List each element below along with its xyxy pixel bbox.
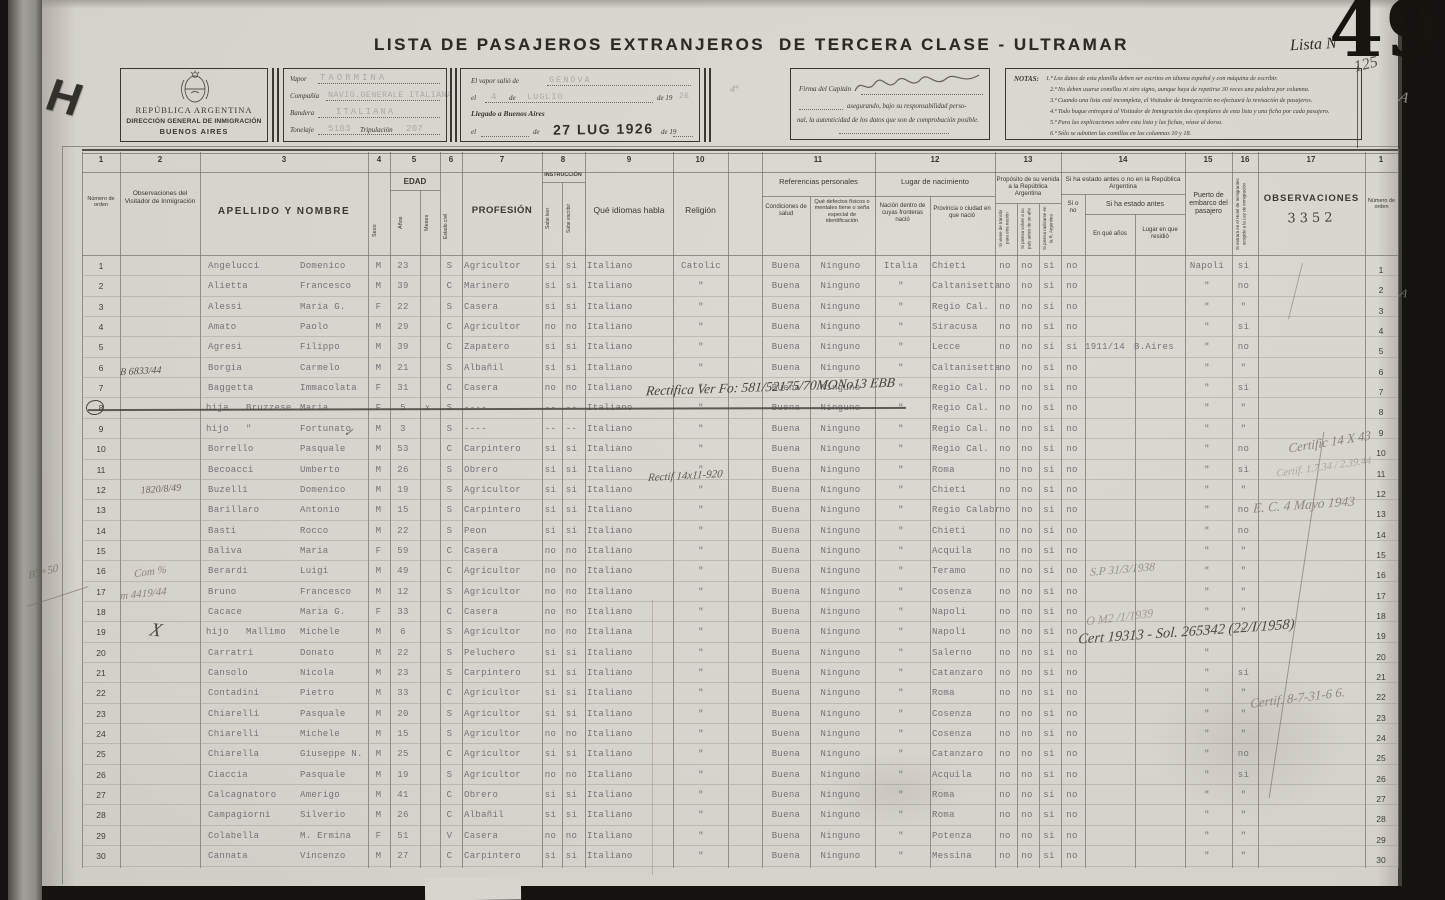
header-meses: Meses [423, 196, 437, 250]
cell-pr: Roma [932, 460, 993, 480]
cell-num: 17 [84, 582, 118, 602]
cell-cv: C [439, 805, 460, 825]
cell-sa: Buena [764, 500, 808, 520]
cell-sex: M [368, 643, 389, 663]
cell-na: " [874, 439, 928, 459]
cell-ho: " [1230, 582, 1257, 602]
cell-sa: Buena [764, 276, 808, 296]
cell-na: Italia [874, 256, 928, 276]
cell-pu: " [1184, 419, 1230, 439]
cell-es: si [560, 256, 583, 276]
cell-n2: 25 [1366, 748, 1396, 768]
cell-yr: 3 [389, 419, 417, 439]
cell-p3: si [1038, 704, 1060, 724]
cell-p3: si [1038, 317, 1060, 337]
cell-p3: si [1038, 602, 1060, 622]
annotation-row9-check: ✓ [343, 426, 354, 439]
cell-p3: si [1038, 724, 1060, 744]
cell-le: no [541, 765, 560, 785]
grid-line [728, 152, 729, 868]
cell-re: " [674, 785, 728, 805]
cell-sex: M [368, 785, 389, 805]
cell-prof: Agricultor [464, 622, 540, 642]
cell-re: " [674, 765, 728, 785]
cell-yr: 33 [389, 602, 417, 622]
el2-label: el [471, 128, 476, 136]
cell-pr: Regio Calabr [932, 500, 993, 520]
grid-line [995, 203, 1061, 204]
header-anos: Años [397, 196, 411, 250]
cell-sex: M [368, 337, 389, 357]
cell-p2: no [1016, 256, 1038, 276]
cell-an: no [1060, 378, 1084, 398]
cell-pr: Napoli [932, 622, 993, 642]
cell-p1: no [994, 765, 1016, 785]
column-number: 12 [921, 155, 949, 164]
cell-cv: S [439, 521, 460, 541]
cell-cv: C [439, 744, 460, 764]
cell-pu: " [1184, 704, 1230, 724]
cell-le: si [541, 643, 560, 663]
cell-sex: M [368, 765, 389, 785]
dotted-line [318, 83, 440, 84]
cell-p2: no [1016, 297, 1038, 317]
cell-re: " [674, 419, 728, 439]
grid-line [62, 146, 63, 884]
cell-n2: 29 [1366, 830, 1396, 850]
cell-p3: si [1038, 643, 1060, 663]
cell-pr: Napoli [932, 602, 993, 622]
cell-le: no [541, 622, 560, 642]
header-si-o-no: Sí o no [1066, 200, 1080, 214]
lista-number-stamp: 49 [1329, 0, 1442, 75]
cell-an: no [1060, 683, 1084, 703]
cell-n2: 16 [1366, 565, 1396, 585]
cell-p3: si [1038, 744, 1060, 764]
cell-yr: 29 [389, 317, 417, 337]
cell-ho: si [1230, 460, 1257, 480]
cell-an: no [1060, 765, 1084, 785]
cell-sur: Baggetta [208, 378, 300, 398]
cell-de: Ninguno [808, 419, 873, 439]
cell-pu: " [1184, 643, 1230, 663]
header-numero-orden-2: Número de orden [1365, 198, 1398, 211]
cell-cv: S [439, 256, 460, 276]
cell-es: si [560, 846, 583, 866]
cell-id: Italiano [587, 744, 671, 764]
cell-ho: si [1230, 765, 1257, 785]
cell-n2: 19 [1366, 626, 1396, 646]
cell-id: Italiano [587, 276, 671, 296]
cell-sur: Becoacci [208, 460, 300, 480]
cell-sa: Buena [764, 256, 808, 276]
captain-box: Firma del Capitán asegurando, bajo su re… [790, 68, 990, 140]
cell-ho: si [1230, 663, 1257, 683]
cell-yr: 19 [389, 480, 417, 500]
cell-re: " [674, 744, 728, 764]
column-number: 5 [400, 155, 428, 164]
cell-p2: no [1016, 460, 1038, 480]
column-number: 16 [1231, 155, 1259, 164]
cell-n2: 30 [1366, 850, 1396, 870]
column-number: 2 [146, 155, 174, 164]
cell-le: si [541, 480, 560, 500]
cell-id: Italiano [587, 256, 671, 276]
cell-num: 2 [84, 276, 118, 296]
cell-an: no [1060, 805, 1084, 825]
cell-prof: Agricultor [464, 561, 540, 581]
column-number: 1 [87, 155, 115, 164]
cell-num: 22 [84, 683, 118, 703]
cell-na: " [874, 683, 928, 703]
cell-cv: S [439, 419, 460, 439]
cell-pu: " [1184, 480, 1230, 500]
cell-pu: " [1184, 561, 1230, 581]
cell-num: 6 [84, 358, 118, 378]
ship-box: Vapor TAORMINA Compañía NAVIG.GENERALE I… [283, 68, 447, 142]
cell-cv: S [439, 724, 460, 744]
year-value: 26 [679, 88, 689, 106]
cell-n2: 13 [1366, 504, 1396, 524]
cell-pr: Roma [932, 683, 993, 703]
cell-re: " [674, 500, 728, 520]
cell-sex: M [368, 521, 389, 541]
cell-sex: F [368, 602, 389, 622]
cell-sur: Buzelli [208, 480, 300, 500]
cell-n2: 2 [1366, 280, 1396, 300]
cell-es: si [560, 439, 583, 459]
cell-pr: Lecce [932, 337, 993, 357]
cell-de: Ninguno [808, 582, 873, 602]
header-proposito-3: Si piensa radicarse en la R. Argentina [1042, 205, 1058, 252]
grid-line [82, 149, 1398, 151]
cell-le: si [541, 683, 560, 703]
cell-id: Italiano [587, 317, 671, 337]
cell-p3: si [1038, 663, 1060, 683]
header-en-que-anos: En qué años [1087, 231, 1133, 238]
cell-le: si [541, 256, 560, 276]
cell-sex: M [368, 276, 389, 296]
grid-line [200, 152, 201, 868]
cell-sex: F [368, 378, 389, 398]
cell-an: no [1060, 663, 1084, 683]
cell-an: no [1060, 500, 1084, 520]
cell-cv: S [439, 704, 460, 724]
cell-p3: si [1038, 398, 1060, 418]
cell-p3: si [1038, 337, 1060, 357]
cell-re: " [674, 663, 728, 683]
cell-p2: no [1016, 643, 1038, 663]
cell-de: Ninguno [808, 480, 873, 500]
bandera-label: Bandera [290, 109, 314, 117]
cell-sur: Borrello [208, 439, 300, 459]
cell-pre: hijo [206, 419, 240, 439]
cell-prof: Casera [464, 541, 540, 561]
cell-na: " [874, 500, 928, 520]
cell-pr: Chieti [932, 256, 993, 276]
cell-de: Ninguno [808, 602, 873, 622]
cell-re: " [674, 561, 728, 581]
document-title: LISTA DE PASAJEROS EXTRANJEROS [374, 35, 765, 55]
cell-an: no [1060, 276, 1084, 296]
cell-prof: Albañil [464, 358, 540, 378]
column-number: 4 [365, 155, 393, 164]
cell-pu: " [1184, 683, 1230, 703]
grid-line [390, 190, 440, 191]
cell-p2: no [1016, 358, 1038, 378]
cell-sex: F [368, 297, 389, 317]
salida-month: LUGLIO [527, 88, 564, 106]
cell-p1: no [994, 419, 1016, 439]
cell-id: Italiano [587, 521, 671, 541]
cell-num: 20 [84, 643, 118, 663]
cell-sex: M [368, 480, 389, 500]
cell-id: Italiano [587, 785, 671, 805]
cell-re: " [674, 622, 728, 642]
cell-na: " [874, 297, 928, 317]
cell-sa: Buena [764, 704, 808, 724]
cell-id: Italiano [587, 765, 671, 785]
cell-re: " [674, 826, 728, 846]
cell-nom: Michele [300, 724, 366, 744]
cell-nom: Immacolata [300, 378, 366, 398]
header-puerto-embarco: Puerto de embarco del pasajero [1187, 192, 1230, 216]
cell-sa: Buena [764, 622, 808, 642]
tonelaje-label: Tonelaje [290, 126, 314, 134]
cell-p3: si [1038, 521, 1060, 541]
column-number: 8 [549, 155, 577, 164]
divider-bar [709, 68, 711, 142]
cell-sur: Agresi [208, 337, 300, 357]
cell-le: si [541, 704, 560, 724]
cell-sa: Buena [764, 561, 808, 581]
cell-p2: no [1016, 744, 1038, 764]
cell-es: no [560, 582, 583, 602]
cell-p2: no [1016, 704, 1038, 724]
cell-id: Italiano [587, 439, 671, 459]
cell-le: si [541, 439, 560, 459]
cell-prof: Agricultor [464, 582, 540, 602]
cell-sex: M [368, 460, 389, 480]
annotation-row7-obs: B 6833/44 [120, 365, 162, 378]
cell-le: no [541, 724, 560, 744]
header-lugar-residio: Lugar en que residió [1135, 227, 1185, 241]
cell-an: no [1060, 439, 1084, 459]
cell-n2: 8 [1366, 402, 1396, 422]
cell-re: " [674, 276, 728, 296]
cell-sa: Buena [764, 358, 808, 378]
divider-bar [450, 68, 452, 142]
cell-sur: Alessi [208, 297, 300, 317]
scanned-passenger-list-page: LISTA DE PASAJEROS EXTRANJEROS DE TERCER… [0, 0, 1445, 900]
cell-num: 11 [84, 460, 118, 480]
cell-na: " [874, 602, 928, 622]
cell-yr: 21 [389, 358, 417, 378]
cell-na: " [874, 643, 928, 663]
cell-na: " [874, 704, 928, 724]
cell-p3: si [1038, 297, 1060, 317]
cell-n2: 5 [1366, 341, 1396, 361]
cell-ho: no [1230, 744, 1257, 764]
cell-sur: Chiarelli [208, 724, 300, 744]
cell-nom: Pietro [300, 683, 366, 703]
header-numero-orden: Número de orden [82, 196, 120, 209]
cell-pu: " [1184, 765, 1230, 785]
cell-an: no [1060, 785, 1084, 805]
header-estado-antes: Si ha estado antes o no en la República … [1061, 176, 1185, 191]
cell-an: no [1060, 419, 1084, 439]
under-page-tab [425, 876, 521, 900]
cell-p3: si [1038, 561, 1060, 581]
cell-an: no [1060, 541, 1084, 561]
cell-sex: M [368, 744, 389, 764]
header-sabe-escribir: Sabe escribir [566, 188, 580, 248]
cell-re: " [674, 297, 728, 317]
cell-sa: Buena [764, 785, 808, 805]
cell-p3: si [1038, 826, 1060, 846]
nota-6: 6.ª Sólo se admiten las comillas en las … [1050, 130, 1191, 137]
de2-label: de [533, 128, 540, 136]
cell-num: 7 [84, 378, 118, 398]
cell-na: " [874, 744, 928, 764]
cell-n2: 12 [1366, 484, 1396, 504]
cell-p3: si [1038, 805, 1060, 825]
cell-es: si [560, 744, 583, 764]
column-number: 11 [804, 155, 832, 164]
org-dept: DIRECCIÓN GENERAL DE INMIGRACIÓN [121, 118, 267, 126]
header-profesion: PROFESIÓN [462, 206, 542, 217]
cell-n2: 17 [1366, 586, 1396, 606]
cell-n2: 4 [1366, 321, 1396, 341]
dotted-line [481, 136, 529, 137]
cell-re: " [674, 439, 728, 459]
cell-n2: 26 [1366, 769, 1396, 789]
cell-p1: no [994, 480, 1016, 500]
cell-sa: Buena [764, 765, 808, 785]
cell-p1: no [994, 398, 1016, 418]
cell-p1: no [994, 846, 1016, 866]
divider-bar [272, 68, 274, 142]
cell-re: " [674, 541, 728, 561]
header-condiciones-salud: Condiciones de salud [764, 204, 808, 218]
cell-de: Ninguno [808, 297, 873, 317]
cell-sur: Calcagnatoro [208, 785, 300, 805]
header-nacion: Nación dentro de cuyas fronteras nació [877, 203, 928, 224]
cell-sex: M [368, 622, 389, 642]
cell-es: no [560, 765, 583, 785]
cell-n2: 23 [1366, 708, 1396, 728]
cell-p3: si [1038, 256, 1060, 276]
cell-cv: C [439, 561, 460, 581]
cell-nom: Domenico [300, 256, 366, 276]
cell-re: " [674, 602, 728, 622]
cell-num: 1 [84, 256, 118, 276]
cell-num: 24 [84, 724, 118, 744]
cell-es: si [560, 276, 583, 296]
cell-ho: no [1230, 521, 1257, 541]
cell-num: 10 [84, 439, 118, 459]
cell-cv: C [439, 602, 460, 622]
cell-id: Italiano [587, 561, 671, 581]
cell-num: 27 [84, 785, 118, 805]
grid-line [930, 196, 931, 868]
year2-label: de 19 [661, 128, 676, 136]
grid-line [82, 152, 83, 868]
cell-sur: Barillaro [208, 500, 300, 520]
grid-line [1061, 194, 1185, 195]
cell-re: " [674, 582, 728, 602]
cell-cv: C [439, 785, 460, 805]
cell-n2: 21 [1366, 667, 1396, 687]
cell-re: " [674, 643, 728, 663]
tonelaje-value: 5103 [328, 120, 351, 138]
cell-prof: Agricultor [464, 317, 540, 337]
cell-de: Ninguno [808, 785, 873, 805]
cell-p2: no [1016, 378, 1038, 398]
cell-p1: no [994, 683, 1016, 703]
cell-yr: 31 [389, 378, 417, 398]
cell-id: Italiano [587, 643, 671, 663]
cell-p1: no [994, 378, 1016, 398]
dotted-line [839, 133, 949, 134]
cell-ho: " [1230, 561, 1257, 581]
cell-pr: Potenza [932, 826, 993, 846]
cell-sur: Chiarelli [208, 704, 300, 724]
cell-pr: Regio Cal. [932, 398, 993, 418]
cell-re: " [674, 683, 728, 703]
header-estado-civil: Estado civil [443, 198, 459, 254]
cell-es: si [560, 704, 583, 724]
column-number: 6 [437, 155, 465, 164]
cell-id: Italiano [587, 805, 671, 825]
cell-pu: " [1184, 317, 1230, 337]
cell-p2: no [1016, 398, 1038, 418]
cell-prof: Casera [464, 826, 540, 846]
cell-le: si [541, 744, 560, 764]
cell-pu: " [1184, 541, 1230, 561]
cell-num: 18 [84, 602, 118, 622]
cell-n2: 7 [1366, 382, 1396, 402]
cell-num: 23 [84, 704, 118, 724]
cell-pr: Regio Cal. [932, 439, 993, 459]
paper-fold-line [652, 600, 653, 875]
cell-de: Ninguno [808, 846, 873, 866]
cell-es: si [560, 521, 583, 541]
cell-nom: Silverio [300, 805, 366, 825]
cell-le: si [541, 297, 560, 317]
cell-an: no [1060, 297, 1084, 317]
cell-pu: " [1184, 805, 1230, 825]
cell-cv: S [439, 582, 460, 602]
column-number: 13 [1014, 155, 1042, 164]
dotted-line [318, 134, 440, 135]
cell-sex: M [368, 683, 389, 703]
cell-id: Italiano [587, 683, 671, 703]
cell-p1: no [994, 521, 1016, 541]
cell-sur: Cansolo [208, 663, 300, 683]
cell-sa: Buena [764, 337, 808, 357]
cell-sex: M [368, 317, 389, 337]
cell-yr: 22 [389, 521, 417, 541]
grid-line [1085, 214, 1185, 215]
cell-es: si [560, 805, 583, 825]
cell-anx: 1911/14 [1085, 337, 1134, 357]
cell-p3: si [1038, 439, 1060, 459]
cell-id: Italiano [587, 541, 671, 561]
cell-le: no [541, 541, 560, 561]
cell-yr: 49 [389, 561, 417, 581]
cell-sa: Buena [764, 317, 808, 337]
